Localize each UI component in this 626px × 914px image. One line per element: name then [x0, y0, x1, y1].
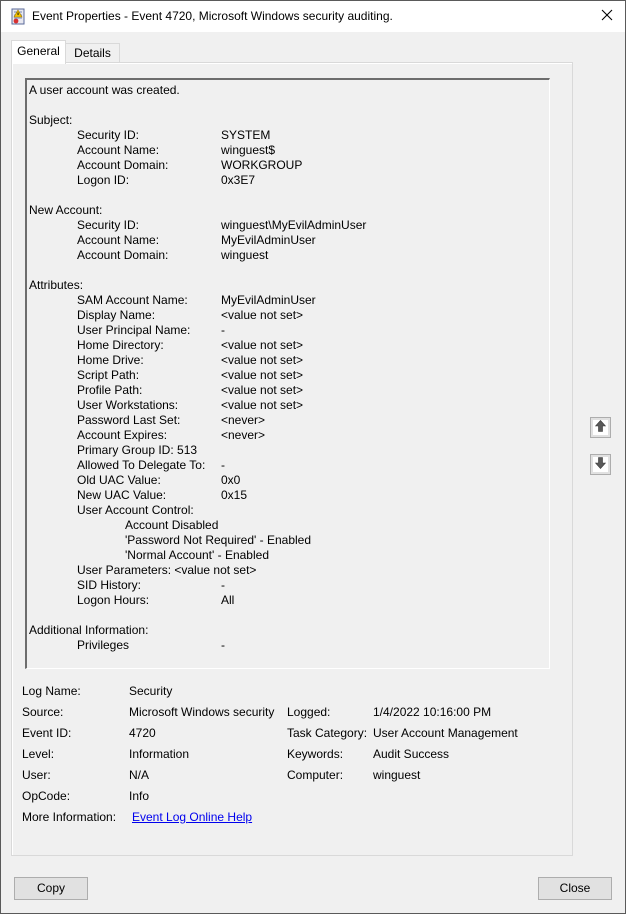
description-line-label: Script Path: — [77, 368, 139, 383]
title-bar: Event Properties - Event 4720, Microsoft… — [1, 1, 625, 32]
event-log-online-help-link[interactable]: Event Log Online Help — [132, 810, 252, 825]
description-line-value: - — [221, 458, 225, 473]
description-line-label: Allowed To Delegate To: — [77, 458, 205, 473]
computer-value: winguest — [373, 768, 420, 783]
description-line-label: Profile Path: — [77, 383, 142, 398]
description-line-label: Home Directory: — [77, 338, 164, 353]
tab-details[interactable]: Details — [66, 43, 120, 63]
description-line-label: Account Name: — [77, 233, 159, 248]
description-line-value: winguest\MyEvilAdminUser — [221, 218, 366, 233]
description-line-value: All — [221, 593, 234, 608]
description-line-label: Account Domain: — [77, 158, 168, 173]
description-line-value: 0x3E7 — [221, 173, 255, 188]
description-line-value: 0x0 — [221, 473, 240, 488]
description-line-value: <never> — [221, 428, 265, 443]
arrow-down-icon — [595, 457, 606, 472]
description-line-label: A user account was created. — [29, 83, 180, 98]
computer-label: Computer: — [287, 768, 343, 783]
description-line-label: New UAC Value: — [77, 488, 166, 503]
description-line-label: Security ID: — [77, 128, 139, 143]
description-line-label: Old UAC Value: — [77, 473, 161, 488]
source-value: Microsoft Windows security — [129, 705, 274, 720]
log-name-value: Security — [129, 684, 172, 699]
description-line-value: - — [221, 323, 225, 338]
description-line-value: MyEvilAdminUser — [221, 293, 316, 308]
description-line-value: <value not set> — [221, 308, 303, 323]
tab-general[interactable]: General — [11, 40, 66, 64]
description-line-value: winguest — [221, 248, 268, 263]
close-icon — [601, 9, 613, 24]
description-line-label: Logon Hours: — [77, 593, 149, 608]
event-id-value: 4720 — [129, 726, 156, 741]
description-line-label: Account Domain: — [77, 248, 168, 263]
description-line-label: Password Last Set: — [77, 413, 180, 428]
description-line-label: Attributes: — [29, 278, 83, 293]
description-line-label: User Parameters: <value not set> — [77, 563, 256, 578]
description-line-label: 'Password Not Required' - Enabled — [125, 533, 311, 548]
description-line-label: Account Disabled — [125, 518, 218, 533]
description-line-value: SYSTEM — [221, 128, 270, 143]
copy-button[interactable]: Copy — [14, 877, 88, 900]
description-line-label: Logon ID: — [77, 173, 129, 188]
user-label: User: — [22, 768, 51, 783]
window-title: Event Properties - Event 4720, Microsoft… — [32, 9, 393, 23]
keywords-label: Keywords: — [287, 747, 343, 762]
more-information-label: More Information: — [22, 810, 116, 825]
description-line-label: Subject: — [29, 113, 72, 128]
description-line-label: SID History: — [77, 578, 141, 593]
log-name-label: Log Name: — [22, 684, 81, 699]
description-line-label: User Principal Name: — [77, 323, 190, 338]
logged-label: Logged: — [287, 705, 330, 720]
description-line-value: <value not set> — [221, 398, 303, 413]
description-line-value: MyEvilAdminUser — [221, 233, 316, 248]
description-line-label: Home Drive: — [77, 353, 144, 368]
description-line-value: <value not set> — [221, 353, 303, 368]
task-category-value: User Account Management — [373, 726, 518, 741]
close-button[interactable]: Close — [538, 877, 612, 900]
description-line-label: New Account: — [29, 203, 102, 218]
description-line-label: Privileges — [77, 638, 129, 653]
event-viewer-icon — [11, 8, 25, 25]
arrow-up-icon — [595, 420, 606, 435]
opcode-label: OpCode: — [22, 789, 70, 804]
event-properties-window: Event Properties - Event 4720, Microsoft… — [0, 0, 626, 914]
description-line-value: <value not set> — [221, 338, 303, 353]
event-description-content: A user account was created.Subject:Secur… — [28, 83, 549, 668]
description-line-label: Display Name: — [77, 308, 155, 323]
description-line-label: Additional Information: — [29, 623, 148, 638]
opcode-value: Info — [129, 789, 149, 804]
next-event-button[interactable] — [590, 454, 611, 475]
description-line-value: WORKGROUP — [221, 158, 302, 173]
description-line-label: Account Expires: — [77, 428, 167, 443]
description-line-label: User Workstations: — [77, 398, 178, 413]
description-line-label: Security ID: — [77, 218, 139, 233]
logged-value: 1/4/2022 10:16:00 PM — [373, 705, 491, 720]
description-line-label: Account Name: — [77, 143, 159, 158]
description-line-value: winguest$ — [221, 143, 275, 158]
description-line-value: <value not set> — [221, 383, 303, 398]
description-line-label: SAM Account Name: — [77, 293, 188, 308]
description-line-value: - — [221, 638, 225, 653]
description-line-label: Primary Group ID: 513 — [77, 443, 197, 458]
close-window-button[interactable] — [589, 1, 625, 32]
user-value: N/A — [129, 768, 149, 783]
event-description-textbox[interactable]: A user account was created.Subject:Secur… — [25, 78, 550, 669]
source-label: Source: — [22, 705, 63, 720]
description-line-label: User Account Control: — [77, 503, 194, 518]
description-line-value: <never> — [221, 413, 265, 428]
description-line-value: - — [221, 578, 225, 593]
keywords-value: Audit Success — [373, 747, 449, 762]
level-label: Level: — [22, 747, 54, 762]
level-value: Information — [129, 747, 189, 762]
description-line-value: 0x15 — [221, 488, 247, 503]
description-line-label: 'Normal Account' - Enabled — [125, 548, 269, 563]
previous-event-button[interactable] — [590, 417, 611, 438]
task-category-label: Task Category: — [287, 726, 367, 741]
event-id-label: Event ID: — [22, 726, 71, 741]
description-line-value: <value not set> — [221, 368, 303, 383]
